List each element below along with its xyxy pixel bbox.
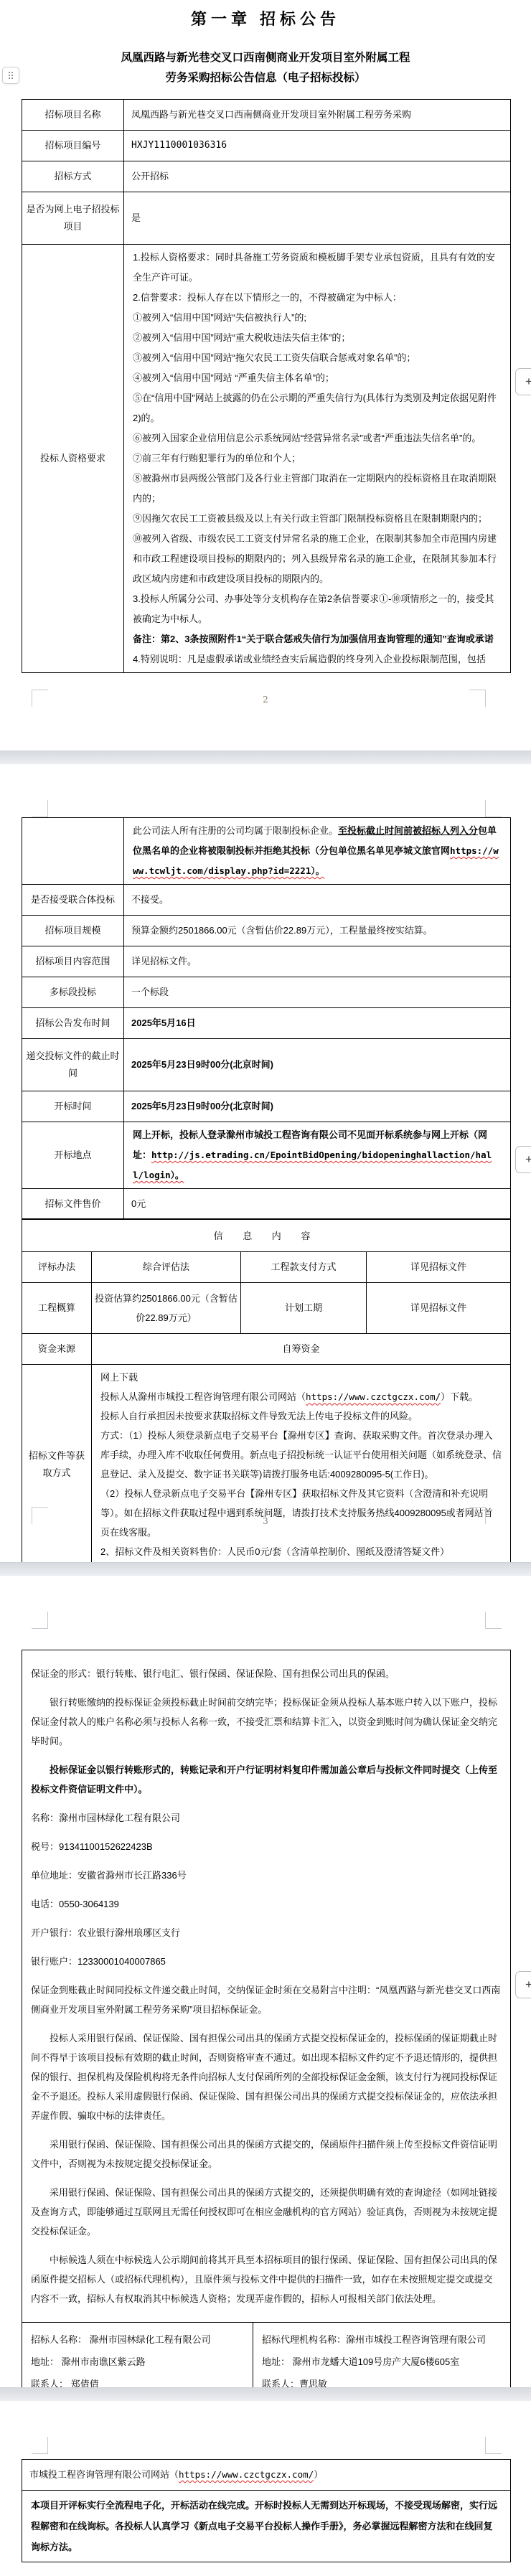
project-title-line2: 劳务采购招标公告信息（电子招标投标） xyxy=(0,68,531,88)
tenderer-address: 地址： 滁州市南谯区紫云路 xyxy=(31,2351,244,2373)
deposit-and-contacts-table: 保证金的形式：银行转账、银行电汇、银行保函、保证保险、国有担保公司出具的保函。 … xyxy=(22,1650,511,2387)
field-value-funds: 自筹资金 xyxy=(92,1334,511,1365)
deposit-bank: 开户银行：农业银行滁州琅琊区支行 xyxy=(31,1923,502,1942)
deposit-phone: 电话：0550-3064139 xyxy=(31,1894,502,1914)
tenderer-contact-cell: 招标人名称： 滁州市园林绿化工程有限公司 地址： 滁州市南谯区紫云路 联系人： … xyxy=(22,2323,253,2388)
project-title-line1: 凤凰西路与新光巷交叉口西南侧商业开发项目室外附属工程 xyxy=(0,48,531,68)
add-comment-button[interactable]: + xyxy=(515,1971,531,1998)
field-label-scope: 招标项目内容范围 xyxy=(22,946,124,977)
field-label-project-code: 招标项目编号 xyxy=(22,131,124,161)
field-label-obtain: 招标文件等获取方式 xyxy=(22,1365,92,1562)
obtain-line: （2）投标人登录新点电子交易平台【滁州专区】获取招标文件及其它资料（含澄清和补充… xyxy=(100,1484,502,1542)
field-value-method: 公开招标 xyxy=(124,161,511,192)
deposit-line: 采用银行保函、保证保险、国有担保公司出具的保函方式提交的，保函原件扫描件须上传至… xyxy=(31,2135,502,2173)
project-title: 凤凰西路与新光巷交叉口西南侧商业开发项目室外附属工程 劳务采购招标公告信息（电子… xyxy=(0,48,531,88)
document-page-4: 市城投工程咨询管理有限公司网站（https://www.czctgczx.com… xyxy=(0,2401,531,2575)
deposit-line: 保证金到账截止时间同投标文件递交截止时间，交纳保证金时须在交易附言中注明：“凤凰… xyxy=(31,1980,502,2019)
tenderer-person: 联系人： 郑倩倩 xyxy=(31,2373,244,2387)
obtain-line: 投标人自行承担因未按要求获取招标文件导致无法上传电子投标文件的风险。 xyxy=(100,1406,502,1426)
field-label-empty xyxy=(22,818,124,885)
field-label-scale: 招标项目规模 xyxy=(22,916,124,946)
agency-person: 联系人：曹思敏 xyxy=(262,2373,502,2387)
page-separator xyxy=(0,2387,531,2401)
obtain-line: 投标人从滁州市城投工程咨询管理有限公司网站（https://www.czctgc… xyxy=(100,1387,502,1406)
document-page-1: 第一章 招标公告 凤凰西路与新光巷交叉口西南侧商业开发项目室外附属工程 劳务采购… xyxy=(0,0,531,751)
field-label-payment: 工程款支付方式 xyxy=(241,1252,367,1283)
electronic-bidding-note-row: 本项目开评标实行全流程电子化，开标活动在线完成。开标时投标人无需到达开标现场，不… xyxy=(22,2491,511,2562)
qual-line: ⑥被列入国家企业信用信息公示系统网站“经营异常名录”或者“严重违法失信名单”的。 xyxy=(133,428,502,448)
page-margin-mark xyxy=(32,1612,48,1629)
field-value-project-name: 凤凰西路与新光巷交叉口西南侧商业开发项目室外附属工程劳务采购 xyxy=(124,100,511,131)
field-value-obtain: 网上下载 投标人从滁州市城投工程咨询管理有限公司网站（https://www.c… xyxy=(92,1365,511,1562)
qual-line: 3.投标人所属分公司、办事处等分支机构存在第2条信誉要求①-⑩项情形之一的，接受… xyxy=(133,589,502,629)
opening-place-text: 网上开标，投标人登录滁州市城投工程咨询有限公司不见面开标系统参与网上开标（网址：… xyxy=(133,1125,502,1185)
field-label-doc-price: 招标文件售价 xyxy=(22,1189,124,1220)
tender-info-table: 招标项目名称 凤凰西路与新光巷交叉口西南侧商业开发项目室外附属工程劳务采购 招标… xyxy=(22,99,511,673)
page-margin-mark xyxy=(32,2437,48,2454)
page-margin-mark xyxy=(485,1612,502,1629)
deposit-line: 采用银行保函、保证保险、国有担保公司出具的保函方式提交的，还须提供明确有效的查询… xyxy=(31,2183,502,2241)
qual-line: 4.特别说明：凡是虚假承诺或业绩经查实后属造假的终身列入企业投标限制范围，包括 xyxy=(133,649,502,669)
field-value-scope: 详见招标文件。 xyxy=(124,946,511,977)
obtain-line: 方式：（1）投标人须登录新点电子交易平台【滁州专区】查询、获取采购文件。首次登录… xyxy=(100,1426,502,1484)
qual-line: ④被列入“信用中国”网站 “严重失信主体名单”的； xyxy=(133,368,502,388)
qual-line: ⑨因拖欠农民工工资被县级及以上有关行政主管部门限制投标资格且在限制期限内的； xyxy=(133,509,502,529)
field-value-qualification: 1.投标人资格要求：同时具备施工劳务资质和模板脚手架专业承包资质，且具有有效的安… xyxy=(124,245,511,673)
blacklist-text: 此公司法人所有注册的公司均属于限制投标企业。至投标截止时间前被招标人列入分包单位… xyxy=(133,821,502,881)
blacklist-normal: 此公司法人所有注册的公司均属于限制投标企业。 xyxy=(133,825,338,836)
drag-handle-icon xyxy=(8,71,14,80)
qual-line: ①被列入“信用中国”网站“失信被执行人”的; xyxy=(133,308,502,328)
field-value-budget: 投资估算约2501866.00元（含暂估价22.89万元） xyxy=(92,1283,241,1334)
field-label-project-name: 招标项目名称 xyxy=(22,100,124,131)
deposit-line: 中标候选人须在中标候选人公示期间前将其开具至本招标项目的银行保函、保证保险、国有… xyxy=(31,2250,502,2308)
field-label-eval-method: 评标办法 xyxy=(22,1252,92,1283)
field-value-consortium: 不接受。 xyxy=(124,885,511,916)
info-content-header: 信 息 内 容 xyxy=(22,1219,511,1252)
page-margin-mark xyxy=(485,2437,502,2454)
field-value-payment: 详见招标文件 xyxy=(367,1252,511,1283)
url-text: https://www.czctgczx.com/ xyxy=(306,1391,441,1402)
qual-line: ⑩被列入省级、市级农民工工资支付异常名录的施工企业，在限制其参加全市范围内房建和… xyxy=(133,529,502,589)
media-cont-post: ） xyxy=(314,2469,323,2480)
qual-line: ⑤在“信用中国”网站上披露的仍在公示期的严重失信行为(具体行为类别及判定依据见附… xyxy=(133,388,502,428)
deposit-account-name: 名称：滁州市园林绿化工程有限公司 xyxy=(31,1808,502,1828)
page-number: 2 xyxy=(0,695,531,705)
chapter-title: 第一章 招标公告 xyxy=(0,7,531,29)
page-separator xyxy=(0,751,531,764)
add-comment-button[interactable]: + xyxy=(515,1146,531,1173)
media-continuation-row: 市城投工程咨询管理有限公司网站（https://www.czctgczx.com… xyxy=(22,2460,511,2491)
field-label-funds: 资金来源 xyxy=(22,1334,92,1365)
deposit-address: 单位地址：安徽省滁州市长江路336号 xyxy=(31,1866,502,1885)
page-number: 4 xyxy=(0,2336,531,2346)
page-number: 3 xyxy=(0,1516,531,1526)
deposit-line-bold: 投标保证金以银行转账形式的，转账记录和开户行证明材料复印件需加盖公章后与投标文件… xyxy=(31,1760,502,1799)
obtain-p2-pre: 投标人从滁州市城投工程咨询管理有限公司网站（ xyxy=(100,1391,306,1402)
agency-address: 地址： 滁州市龙蟠大道109号房产大厦6楼605室 xyxy=(262,2351,502,2373)
tender-info-table-cont: 此公司法人所有注册的公司均属于限制投标企业。至投标截止时间前被招标人列入分包单位… xyxy=(22,817,511,1220)
field-value-sections: 一个标段 xyxy=(124,977,511,1008)
media-cont-pre: 市城投工程咨询管理有限公司网站（ xyxy=(29,2469,179,2480)
field-label-opening-time: 开标时间 xyxy=(22,1091,124,1122)
agency-contact-cell: 招标代理机构名称：滁州市城投工程咨询管理有限公司 地址： 滁州市龙蟠大道109号… xyxy=(253,2323,511,2388)
url-text: https://www.czctgczx.com/ xyxy=(179,2469,314,2480)
field-value-online: 是 xyxy=(124,192,511,245)
blacklist-bold-underline: 至投标截止时间前被招标人列入分 xyxy=(338,825,478,836)
add-comment-button[interactable]: + xyxy=(515,368,531,395)
obtain-line: 网上下载 xyxy=(100,1368,502,1387)
field-label-method: 招标方式 xyxy=(22,161,124,192)
page-separator xyxy=(0,1562,531,1576)
field-value-scale: 预算金额约2501866.00元（含暂估价22.89万元），工程量最终按实结算。 xyxy=(124,916,511,946)
field-value-doc-price: 0元 xyxy=(124,1189,511,1220)
field-value-deadline: 2025年5月23日9时00分(北京时间) xyxy=(124,1039,511,1091)
obtain-p2-post: ）下载。 xyxy=(441,1391,478,1402)
document-viewer: 第一章 招标公告 凤凰西路与新光巷交叉口西南侧商业开发项目室外附属工程 劳务采购… xyxy=(0,0,531,2575)
field-label-publish-time: 招标公告发布时间 xyxy=(22,1008,124,1039)
qual-line: ⑦前三年有行贿犯罪行为的单位和个人； xyxy=(133,448,502,469)
deposit-bank-account: 银行账户：12330001040007865 xyxy=(31,1952,502,1971)
drag-handle-button[interactable] xyxy=(2,67,19,84)
url-text: http://js.etrading.cn/EpointBidOpening/b… xyxy=(133,1150,492,1180)
field-label-deadline: 递交投标文件的截止时间 xyxy=(22,1039,124,1091)
field-label-opening-place: 开标地点 xyxy=(22,1122,124,1189)
field-value-duration: 详见招标文件 xyxy=(367,1283,511,1334)
document-page-3: 保证金的形式：银行转账、银行电汇、银行保函、保证保险、国有担保公司出具的保函。 … xyxy=(0,1576,531,2387)
field-value-project-code: HXJY1110001036316 xyxy=(124,131,511,161)
field-label-consortium: 是否接受联合体投标 xyxy=(22,885,124,916)
field-label-sections: 多标段投标 xyxy=(22,977,124,1008)
final-notes-table: 市城投工程咨询管理有限公司网站（https://www.czctgczx.com… xyxy=(22,2459,511,2562)
page-margin-mark xyxy=(32,800,48,817)
qual-line: ②被列入“信用中国”网站“重大税收违法失信主体”的； xyxy=(133,328,502,348)
field-label-budget: 工程概算 xyxy=(22,1283,92,1334)
deposit-line: 投标人采用银行保函、保证保险、国有担保公司出具的保函方式提交投标保证金的，投标保… xyxy=(31,2029,502,2125)
deposit-line: 保证金的形式：银行转账、银行电汇、银行保函、保证保险、国有担保公司出具的保函。 xyxy=(31,1664,502,1683)
qual-line-note: 备注：第2、3条按照附件1“关于联合惩戒失信行为加强信用查询管理的通知”查询或承… xyxy=(133,629,502,649)
deposit-terms-cell: 保证金的形式：银行转账、银行电汇、银行保函、保证保险、国有担保公司出具的保函。 … xyxy=(22,1650,511,2323)
field-value-opening-place: 网上开标，投标人登录滁州市城投工程咨询有限公司不见面开标系统参与网上开标（网址：… xyxy=(124,1122,511,1189)
info-content-table: 信 息 内 容 评标办法 综合评估法 工程款支付方式 详见招标文件 工程概算 投… xyxy=(22,1218,511,1562)
qual-line: 2.信誉要求：投标人存在以下情形之一的，不得被确定为中标人： xyxy=(133,288,502,308)
obtain-line: 2、招标文件及相关资料售价：人民币0元/套（含清单控制价、图纸及澄清答疑文件） xyxy=(100,1542,502,1561)
field-value-blacklist: 此公司法人所有注册的公司均属于限制投标企业。至投标截止时间前被招标人列入分包单位… xyxy=(124,818,511,885)
deposit-tax-id: 税号：91341100152622423B xyxy=(31,1837,502,1856)
field-value-eval-method: 综合评估法 xyxy=(92,1252,241,1283)
qual-line: ⑧被滁州市县两级公管部门及各行业主管部门取消在一定期限内的投标资格且在取消期限内… xyxy=(133,469,502,509)
deposit-line: 银行转账缴纳的投标保证金须投标截止时间前交纳完毕；投标保证金须从投标人基本账户转… xyxy=(31,1693,502,1751)
field-label-qualification: 投标人资格要求 xyxy=(22,245,124,673)
field-label-online: 是否为网上电子招投标项目 xyxy=(22,192,124,245)
field-value-publish-time: 2025年5月16日 xyxy=(124,1008,511,1039)
field-label-duration: 计划工期 xyxy=(241,1283,367,1334)
qual-line: ③被列入“信用中国”网站“拖欠农民工工资失信联合惩戒对象名单”的； xyxy=(133,348,502,368)
document-page-2: 此公司法人所有注册的公司均属于限制投标企业。至投标截止时间前被招标人列入分包单位… xyxy=(0,764,531,1562)
field-value-opening-time: 2025年5月23日9时00分(北京时间) xyxy=(124,1091,511,1122)
qual-line: 1.投标人资格要求：同时具备施工劳务资质和模板脚手架专业承包资质，且具有有效的安… xyxy=(133,248,502,288)
page-margin-mark xyxy=(485,800,502,817)
